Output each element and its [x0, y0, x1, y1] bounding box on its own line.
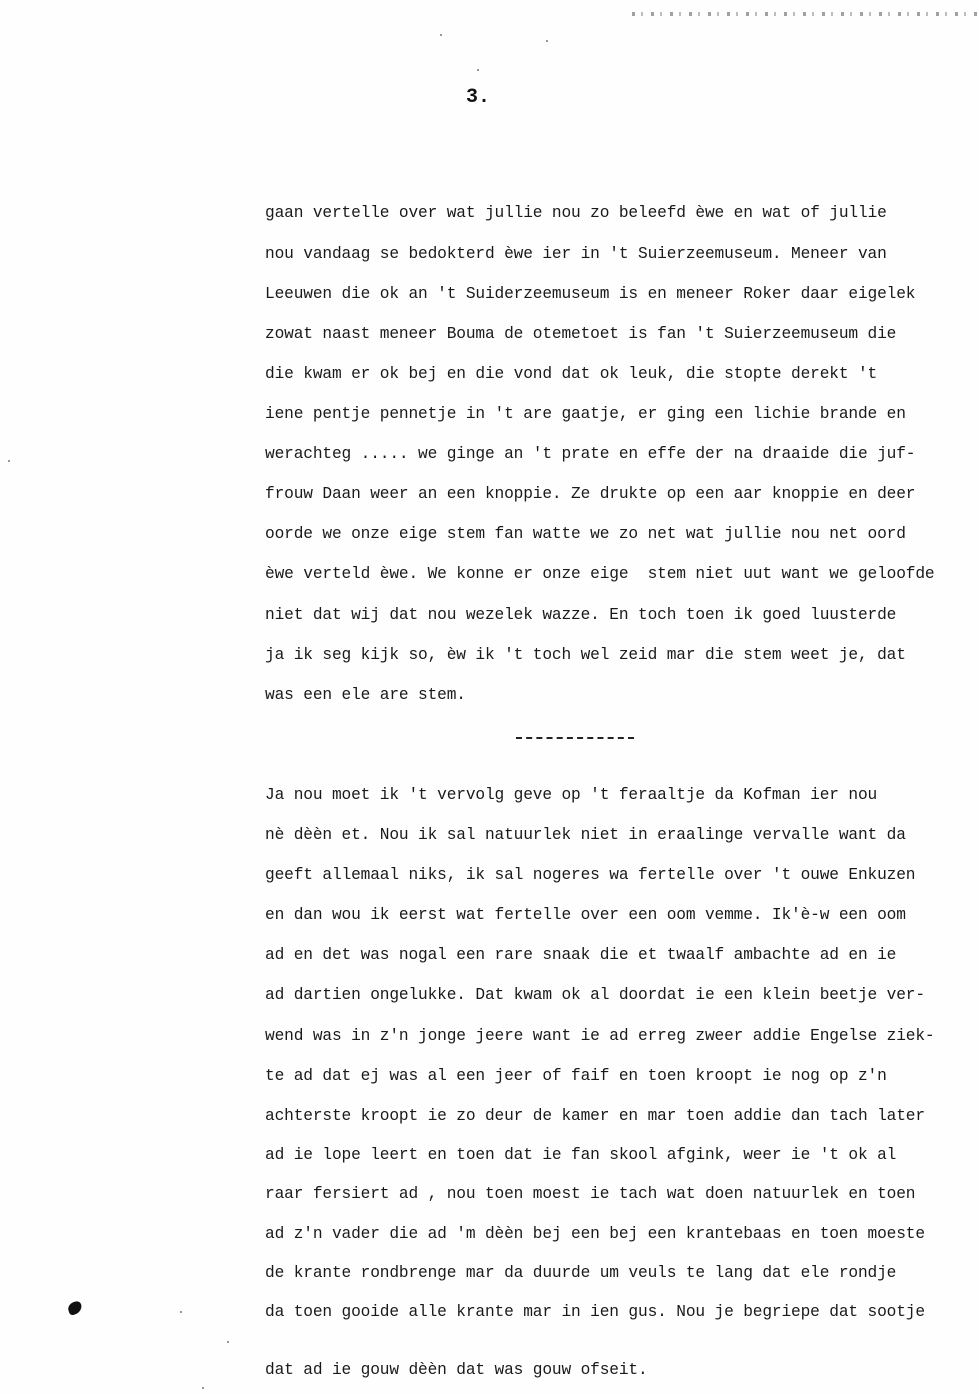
text-line: zowat naast meneer Bouma de otemetoet is… [265, 325, 896, 343]
text-line: dat ad ie gouw dèèn dat was gouw ofseit. [265, 1361, 648, 1379]
text-line: iene pentje pennetje in 't are gaatje, e… [265, 405, 906, 423]
ink-smudge [66, 1300, 83, 1316]
text-line: ad dartien ongelukke. Dat kwam ok al doo… [265, 986, 925, 1004]
scan-speck [440, 34, 442, 36]
text-line: Ja nou moet ik 't vervolg geve op 't fer… [265, 786, 877, 804]
text-line: èwe verteld èwe. We konne er onze eige s… [265, 565, 935, 583]
scan-speck [202, 1387, 204, 1389]
text-line: die kwam er ok bej en die vond dat ok le… [265, 365, 877, 383]
scan-noise [632, 12, 977, 16]
section-divider [516, 737, 634, 739]
text-line: te ad dat ej was al een jeer of faif en … [265, 1067, 887, 1085]
text-line: gaan vertelle over wat jullie nou zo bel… [265, 204, 887, 222]
text-line: niet dat wij dat nou wezelek wazze. En t… [265, 606, 896, 624]
scan-speck [546, 40, 548, 42]
text-line: ad z'n vader die ad 'm dèèn bej een bej … [265, 1225, 925, 1243]
text-line: en dan wou ik eerst wat fertelle over ee… [265, 906, 906, 924]
text-line: achterste kroopt ie zo deur de kamer en … [265, 1107, 925, 1125]
text-line: wend was in z'n jonge jeere want ie ad e… [265, 1027, 935, 1045]
scan-speck [8, 460, 10, 462]
text-line: da toen gooide alle krante mar in ien gu… [265, 1303, 925, 1321]
text-line: raar fersiert ad , nou toen moest ie tac… [265, 1185, 915, 1203]
text-line: de krante rondbrenge mar da duurde um ve… [265, 1264, 896, 1282]
text-line: ja ik seg kijk so, èw ik 't toch wel zei… [265, 646, 906, 664]
text-line: nou vandaag se bedokterd èwe ier in 't S… [265, 245, 887, 263]
scan-speck [227, 1341, 229, 1343]
text-line: oorde we onze eige stem fan watte we zo … [265, 525, 906, 543]
text-line: frouw Daan weer an een knoppie. Ze drukt… [265, 485, 915, 503]
text-line: nè dèèn et. Nou ik sal natuurlek niet in… [265, 826, 906, 844]
page-number: 3. [466, 86, 490, 109]
text-line: Leeuwen die ok an 't Suiderzeemuseum is … [265, 285, 915, 303]
text-line: was een ele are stem. [265, 686, 466, 704]
text-line: ad ie lope leert en toen dat ie fan skoo… [265, 1146, 896, 1164]
text-line: werachteg ..... we ginge an 't prate en … [265, 445, 915, 463]
text-line: geeft allemaal niks, ik sal nogeres wa f… [265, 866, 915, 884]
document-page: 3. gaan vertelle over wat jullie nou zo … [0, 0, 979, 1394]
scan-speck [477, 69, 479, 71]
text-line: ad en det was nogal een rare snaak die e… [265, 946, 896, 964]
scan-speck [180, 1311, 182, 1313]
